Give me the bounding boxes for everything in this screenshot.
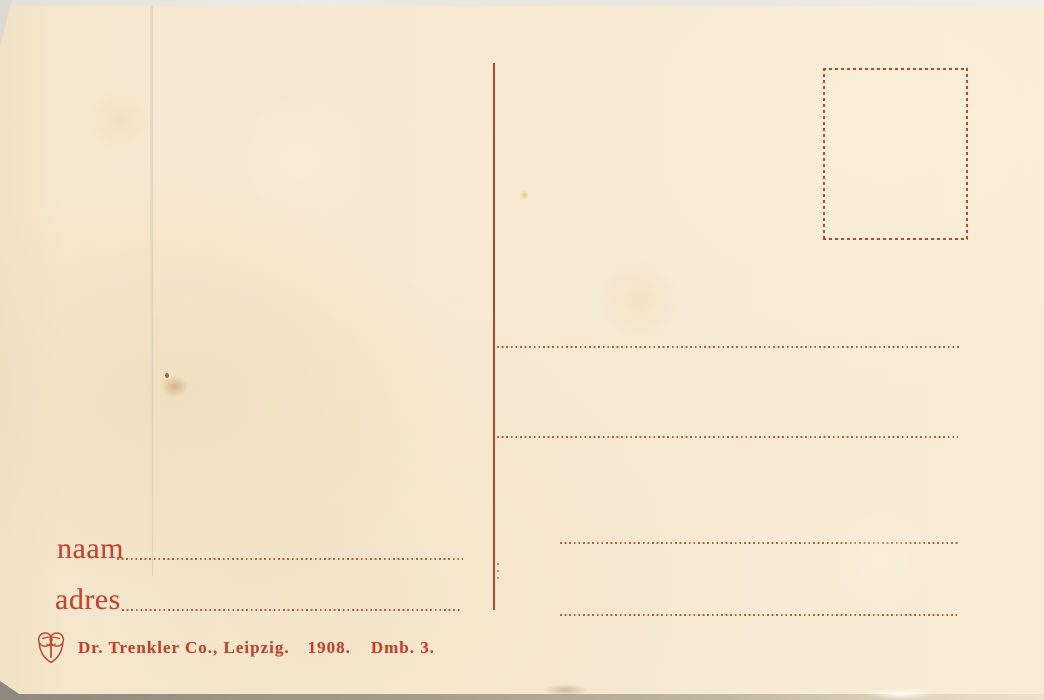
stamp-box-border-left xyxy=(823,68,825,240)
stamp-box-border-right xyxy=(966,68,968,240)
stamp-box-border-top xyxy=(823,68,968,70)
address-field-label: adres xyxy=(55,585,121,615)
vertical-crease-line xyxy=(150,6,152,576)
address-line-1 xyxy=(497,346,960,348)
center-divider-line xyxy=(493,63,495,610)
stamp-box-border-bottom xyxy=(823,238,968,240)
address-line-4 xyxy=(560,614,957,616)
postcard-back: naam adres Dr. Trenkler Co., Leipzig.190… xyxy=(0,0,1044,700)
paper-smudge-bottom-right xyxy=(866,688,936,700)
paper-stain-bottom xyxy=(543,684,589,696)
scan-edge-top xyxy=(0,0,1044,6)
scan-corner-bottom-left xyxy=(0,681,28,700)
paper-stain xyxy=(158,370,192,400)
publisher-name: Dr. Trenkler Co., Leipzig. xyxy=(78,638,290,657)
name-field-label: naam xyxy=(57,534,124,564)
name-field-line xyxy=(117,558,463,560)
paper-stain-dot xyxy=(165,373,169,378)
stamp-box xyxy=(823,68,968,240)
address-line-3 xyxy=(560,542,958,544)
trenkler-trefoil-monogram-icon xyxy=(36,631,66,665)
imprint-series-code: Dmb. 3. xyxy=(371,638,435,657)
address-field-line xyxy=(122,609,462,611)
publisher-imprint: Dr. Trenkler Co., Leipzig.1908.Dmb. 3. xyxy=(78,637,435,658)
address-line-2 xyxy=(497,436,958,438)
paper-stain-yellow xyxy=(520,191,529,199)
imprint-year: 1908. xyxy=(308,638,351,657)
scan-corner-top-left xyxy=(0,0,12,46)
printers-mark xyxy=(497,563,500,579)
